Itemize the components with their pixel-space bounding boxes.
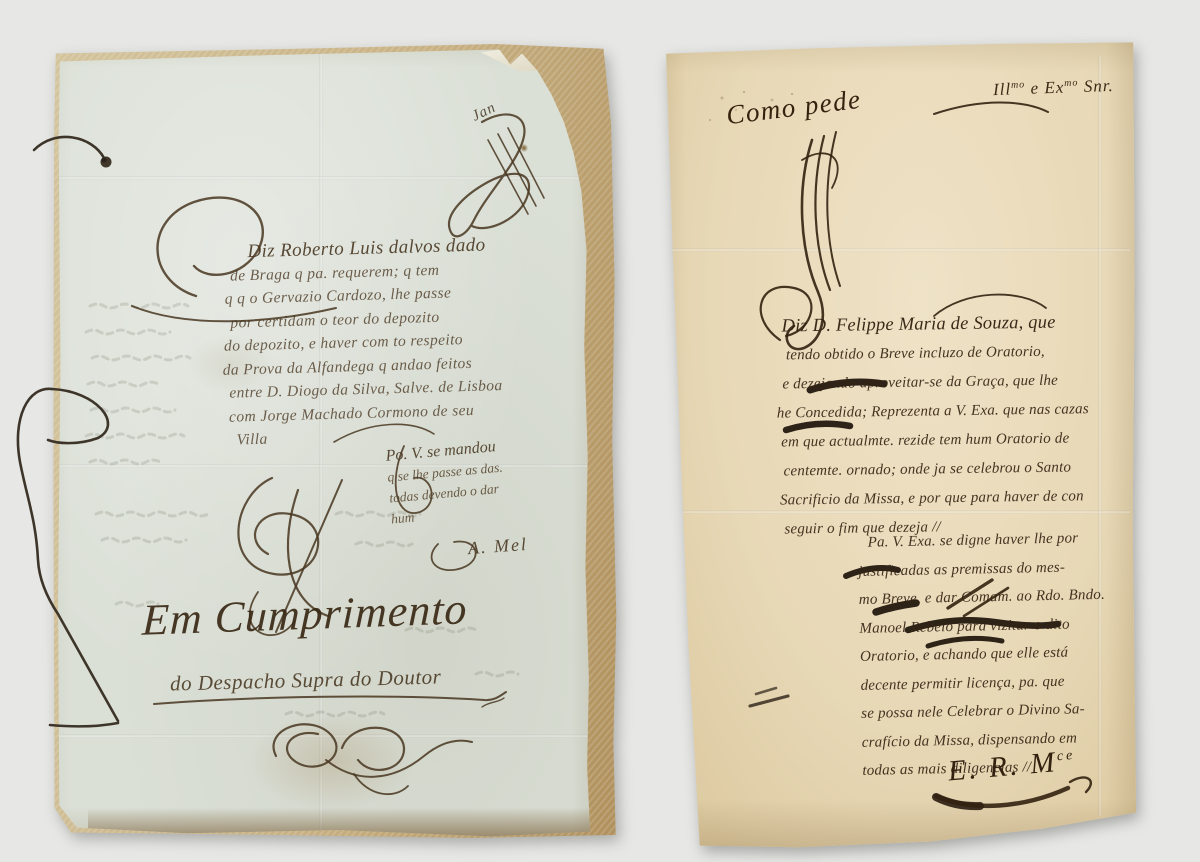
petition-paragraph-1: Diz D. Felippe Maria de Souza, que tendo…	[781, 308, 1140, 545]
compliance-heading: Em Cumprimento	[141, 583, 468, 645]
left-manuscript-sheet: Jan Diz Roberto Luis dalvos dado de Brag…	[36, 44, 618, 838]
right-manuscript: Illmo e Exmo Snr. Como pede Diz D. Felip…	[652, 40, 1140, 848]
salutation-part: Ill	[993, 79, 1012, 99]
left-body-text: Diz Roberto Luis dalvos dado de Braga q …	[183, 230, 609, 453]
compliance-subheading: do Despacho Supra do Doutor	[170, 664, 442, 696]
left-manuscript: Jan Diz Roberto Luis dalvos dado de Brag…	[36, 44, 618, 838]
salutation-part: e Ex	[1025, 78, 1065, 98]
manuscript-line: he Concedida; Reprezenta a V. Exa. que n…	[777, 395, 1139, 429]
ink-stain	[520, 144, 528, 152]
salutation-superscript: mo	[1064, 77, 1079, 88]
water-stain	[246, 712, 416, 812]
fold-crease	[53, 176, 594, 180]
salutation-superscript: mo	[1011, 79, 1026, 90]
fold-crease	[662, 248, 1131, 252]
despacho-note: Po. V. se mandou q se lhe passe as das. …	[385, 427, 611, 530]
approval-annotation: Como pede	[725, 84, 864, 131]
closing-superscript: ce	[1056, 748, 1076, 765]
corner-mark: Jan	[470, 99, 500, 125]
manuscript-line: mo Breve, e dar Comam. ao Rdo. Bndo.	[859, 580, 1140, 614]
despacho-signature: A. Mel	[467, 534, 528, 559]
salutation: Illmo e Exmo Snr.	[993, 76, 1114, 100]
salutation-part: Snr.	[1078, 76, 1114, 96]
right-manuscript-sheet: Illmo e Exmo Snr. Como pede Diz D. Felip…	[652, 40, 1140, 848]
photo-background: Jan Diz Roberto Luis dalvos dado de Brag…	[0, 0, 1200, 862]
petition-paragraph-2: Pa. V. Exa. se digne haver lhe por justi…	[857, 523, 1142, 785]
